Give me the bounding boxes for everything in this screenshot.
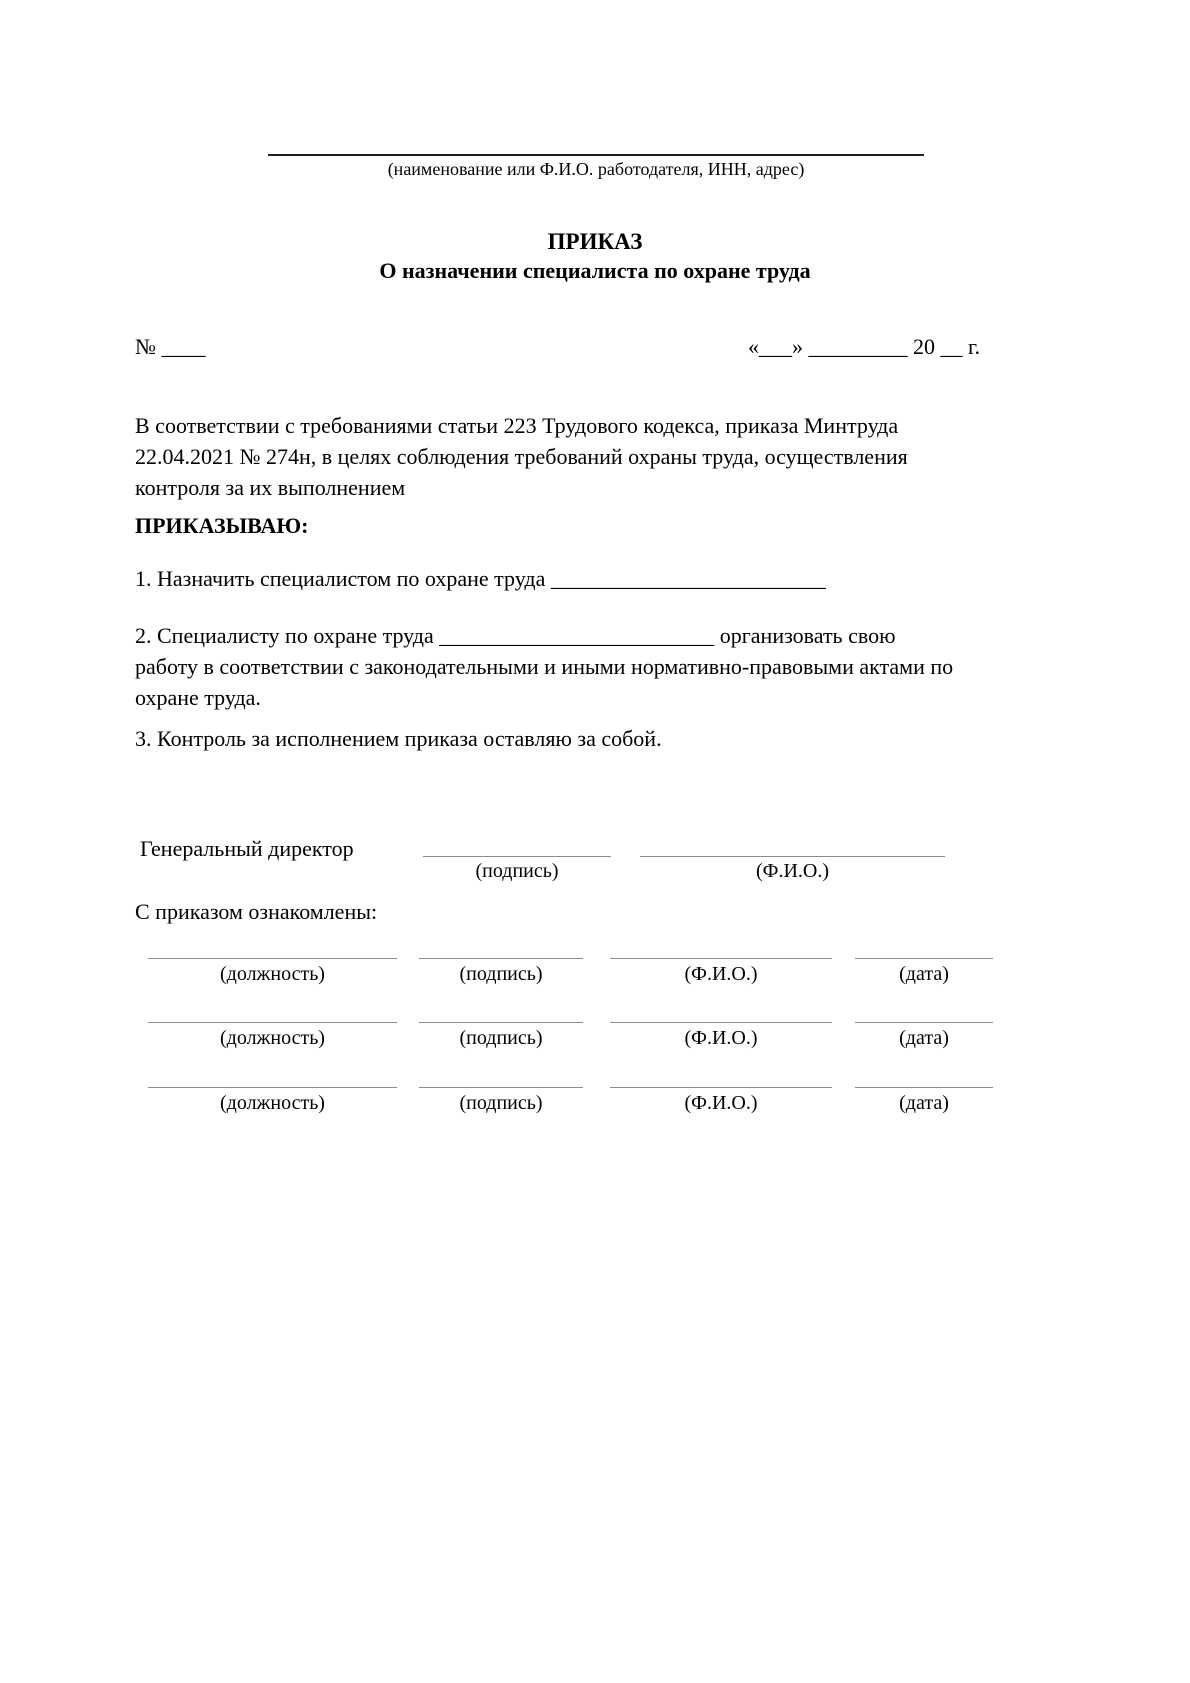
- document-subtitle: О назначении специалиста по охране труда: [0, 258, 1190, 284]
- director-position-title: Генеральный директор: [140, 836, 354, 862]
- order-date-field: «___» _________ 20 __ г.: [748, 334, 980, 360]
- ack-signature-field: (подпись): [419, 1022, 583, 1050]
- acknowledgement-row: (должность) (подпись) (Ф.И.О.) (дата): [135, 1087, 1015, 1137]
- employer-name-block: (наименование или Ф.И.О. работодателя, И…: [268, 154, 924, 180]
- order-item-3: 3. Контроль за исполнением приказа остав…: [135, 726, 1035, 752]
- acknowledgement-row: (должность) (подпись) (Ф.И.О.) (дата): [135, 958, 1015, 1008]
- ack-name-field: (Ф.И.О.): [610, 1087, 832, 1115]
- document-title: ПРИКАЗ: [0, 229, 1190, 255]
- director-signature-field: (подпись): [423, 836, 611, 883]
- order-item-1: 1. Назначить специалистом по охране труд…: [135, 566, 1035, 592]
- ack-name-caption: (Ф.И.О.): [610, 959, 832, 986]
- ack-signature-caption: (подпись): [419, 959, 583, 986]
- ack-date-caption: (дата): [855, 959, 993, 986]
- ack-name-caption: (Ф.И.О.): [610, 1023, 832, 1050]
- ack-signature-caption: (подпись): [419, 1023, 583, 1050]
- employer-name-caption: (наименование или Ф.И.О. работодателя, И…: [268, 156, 924, 180]
- director-name-caption: (Ф.И.О.): [640, 857, 945, 883]
- ack-position-field: (должность): [148, 1087, 397, 1115]
- ack-name-field: (Ф.И.О.): [610, 1022, 832, 1050]
- meta-row: № ____ «___» _________ 20 __ г.: [135, 334, 980, 360]
- director-signature-caption: (подпись): [423, 857, 611, 883]
- director-name-line: [640, 836, 945, 857]
- ack-name-caption: (Ф.И.О.): [610, 1088, 832, 1115]
- order-number-field: № ____: [135, 334, 206, 360]
- ack-position-field: (должность): [148, 958, 397, 986]
- ack-date-field: (дата): [855, 958, 993, 986]
- director-signature-line: [423, 836, 611, 857]
- ack-date-caption: (дата): [855, 1088, 993, 1115]
- ack-position-field: (должность): [148, 1022, 397, 1050]
- ack-position-caption: (должность): [148, 959, 397, 986]
- order-item-2-line: работу в соответствии с законодательными…: [135, 651, 1035, 682]
- order-item-2-line: 2. Специалисту по охране труда _________…: [135, 620, 1035, 651]
- ack-date-caption: (дата): [855, 1023, 993, 1050]
- order-item-2: 2. Специалисту по охране труда _________…: [135, 620, 1035, 713]
- ack-position-caption: (должность): [148, 1023, 397, 1050]
- document-page: (наименование или Ф.И.О. работодателя, И…: [0, 0, 1190, 1683]
- acknowledgement-row: (должность) (подпись) (Ф.И.О.) (дата): [135, 1022, 1015, 1072]
- order-word: ПРИКАЗЫВАЮ:: [135, 513, 308, 539]
- ack-position-caption: (должность): [148, 1088, 397, 1115]
- preamble-line: 22.04.2021 № 274н, в целях соблюдения тр…: [135, 441, 995, 472]
- preamble-line: В соответствии с требованиями статьи 223…: [135, 410, 995, 441]
- preamble-paragraph: В соответствии с требованиями статьи 223…: [135, 410, 995, 503]
- ack-name-field: (Ф.И.О.): [610, 958, 832, 986]
- director-name-field: (Ф.И.О.): [640, 836, 945, 883]
- ack-date-field: (дата): [855, 1022, 993, 1050]
- ack-signature-field: (подпись): [419, 958, 583, 986]
- order-item-2-line: охране труда.: [135, 682, 1035, 713]
- ack-signature-field: (подпись): [419, 1087, 583, 1115]
- ack-date-field: (дата): [855, 1087, 993, 1115]
- ack-signature-caption: (подпись): [419, 1088, 583, 1115]
- preamble-line: контроля за их выполнением: [135, 472, 995, 503]
- acknowledgement-intro: С приказом ознакомлены:: [135, 899, 377, 925]
